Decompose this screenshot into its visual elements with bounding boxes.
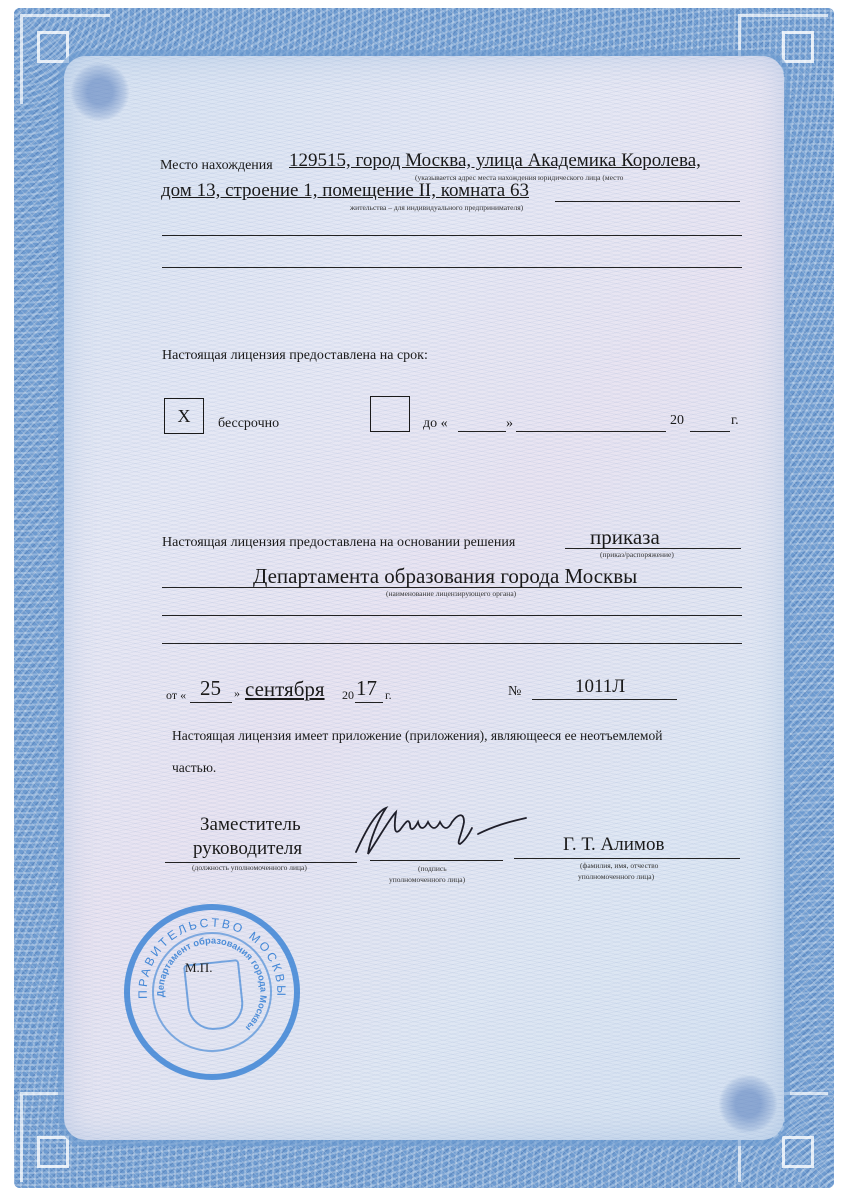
authority-hint: (наименование лицензирующего органа) bbox=[386, 589, 516, 598]
position-line-1: Заместитель bbox=[200, 814, 301, 836]
signature-hint-2: уполномоченного лица) bbox=[389, 875, 465, 884]
blank-line bbox=[162, 235, 742, 236]
basis-label: Настоящая лицензия предоставлена на осно… bbox=[162, 535, 515, 551]
address-line-2: дом 13, строение 1, помещение II, комнат… bbox=[161, 180, 529, 202]
day-blank bbox=[458, 431, 506, 432]
date-year-abbr: г. bbox=[385, 688, 392, 703]
document-content: Место нахождения 129515, город Москва, у… bbox=[0, 0, 848, 1200]
address-label: Место нахождения bbox=[160, 158, 273, 174]
decision-type: приказа bbox=[590, 525, 660, 550]
checkbox-mark: X bbox=[178, 406, 191, 427]
underline bbox=[190, 702, 232, 703]
perpetual-label: бессрочно bbox=[218, 416, 279, 432]
seal-placeholder-mark: М.П. bbox=[185, 960, 212, 976]
underline bbox=[162, 587, 742, 588]
blank-line bbox=[162, 267, 742, 268]
date-day: 25 bbox=[200, 676, 221, 701]
underline bbox=[565, 548, 741, 549]
appendix-note-line-2: частью. bbox=[172, 760, 216, 776]
blank-line bbox=[162, 643, 742, 644]
position-hint: (должность уполномоченного лица) bbox=[192, 863, 307, 872]
signature-hint-1: (подпись bbox=[418, 864, 447, 873]
authority-name: Департамента образования города Москвы bbox=[253, 564, 637, 589]
signature-scribble-icon bbox=[348, 800, 538, 860]
perpetual-checkbox[interactable]: X bbox=[164, 398, 204, 434]
position-line-2: руководителя bbox=[193, 838, 302, 860]
license-number: 1011Л bbox=[575, 676, 625, 698]
underline bbox=[514, 858, 740, 859]
signatory-name: Г. Т. Алимов bbox=[563, 834, 664, 856]
underline bbox=[532, 699, 677, 700]
until-prefix: до « bbox=[423, 416, 448, 432]
address-line-1: 129515, город Москва, улица Академика Ко… bbox=[289, 150, 701, 172]
date-from: от « bbox=[166, 688, 186, 703]
underline bbox=[355, 702, 383, 703]
seal-text-ring: ПРАВИТЕЛЬСТВО МОСКВЫ Департамент образов… bbox=[122, 902, 302, 1082]
name-hint-1: (фамилия, имя, отчество bbox=[580, 861, 658, 870]
official-seal: ПРАВИТЕЛЬСТВО МОСКВЫ Департамент образов… bbox=[115, 895, 308, 1088]
appendix-note-line-1: Настоящая лицензия имеет приложение (при… bbox=[172, 728, 662, 744]
date-year-prefix: 20 bbox=[342, 688, 354, 703]
signature-line bbox=[370, 860, 503, 861]
until-year-suffix: г. bbox=[731, 413, 739, 429]
year-blank bbox=[690, 431, 730, 432]
address-hint-2: жительства – для индивидуального предпри… bbox=[350, 203, 523, 212]
date-year-suffix: 17 bbox=[356, 676, 377, 701]
until-year-prefix: 20 bbox=[670, 413, 684, 429]
term-label: Настоящая лицензия предоставлена на срок… bbox=[162, 348, 428, 364]
name-hint-2: уполномоченного лица) bbox=[578, 872, 654, 881]
underline bbox=[555, 201, 740, 202]
number-sign: № bbox=[508, 684, 521, 700]
until-checkbox[interactable] bbox=[370, 396, 410, 432]
month-blank bbox=[516, 431, 666, 432]
until-quote-close: » bbox=[506, 416, 513, 432]
decision-hint: (приказ/распоряжение) bbox=[600, 550, 674, 559]
blank-line bbox=[162, 615, 742, 616]
date-quote-close: » bbox=[234, 686, 240, 701]
date-month: сентября bbox=[245, 677, 325, 702]
